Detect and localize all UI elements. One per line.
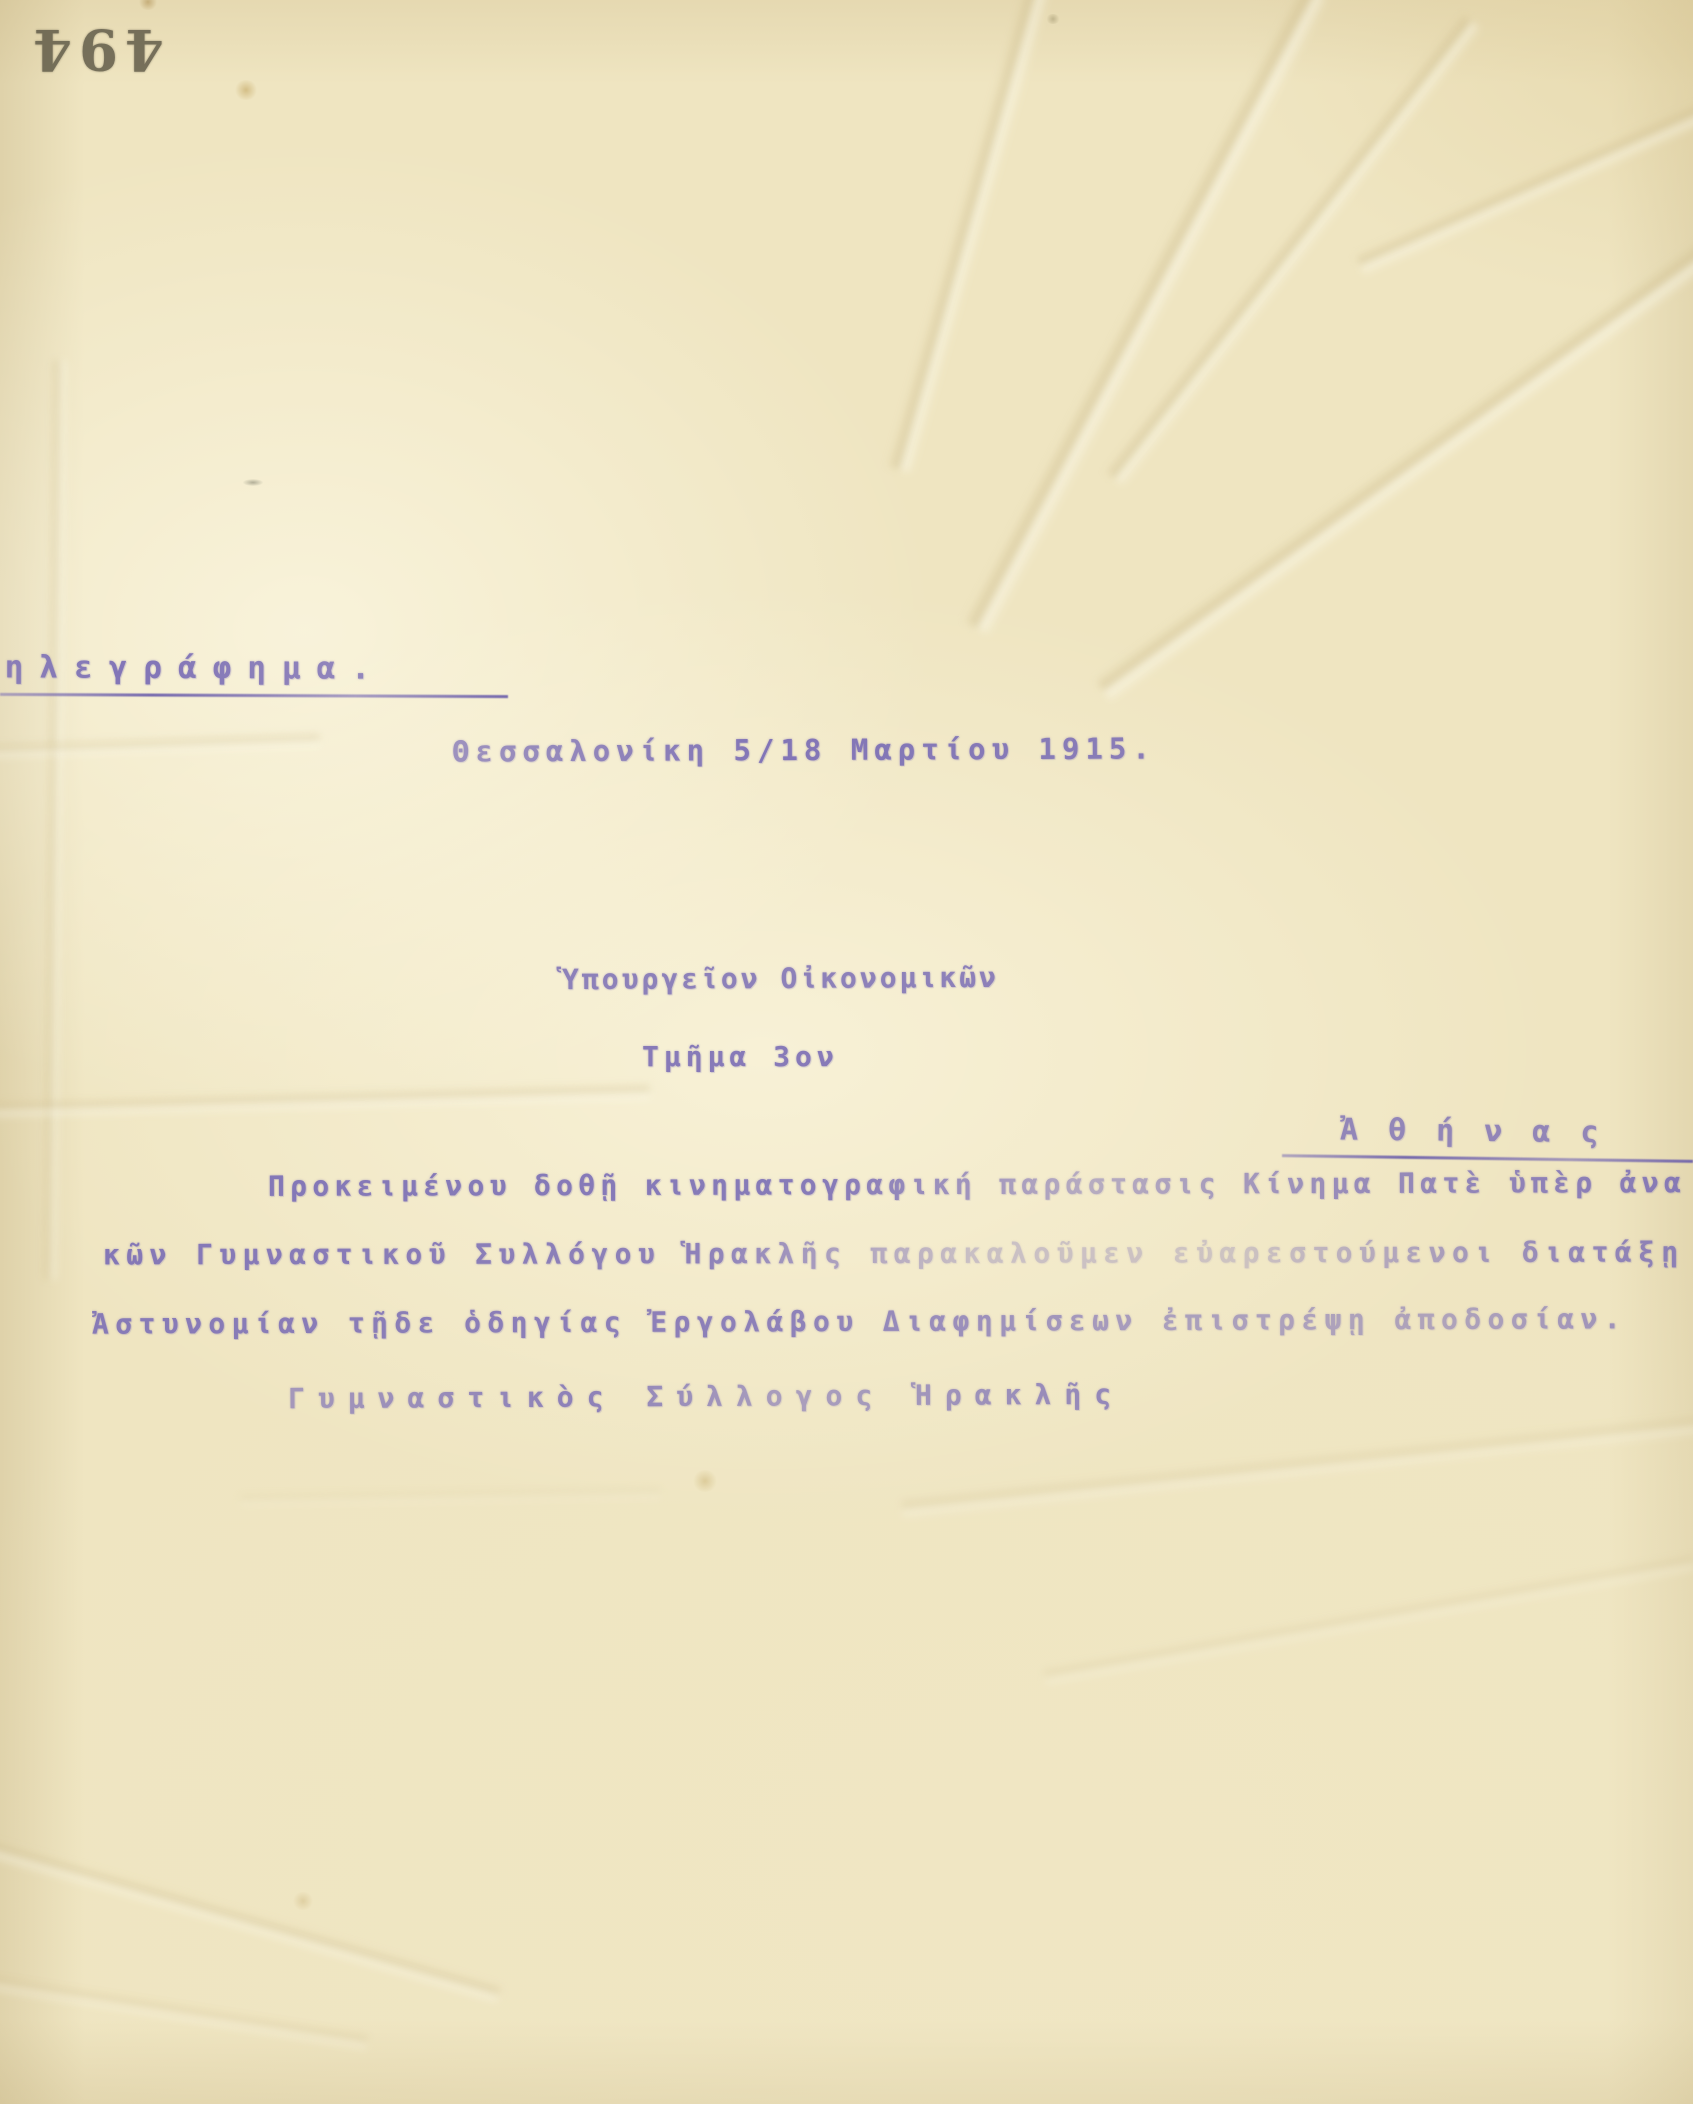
paper-stain xyxy=(692,1470,718,1492)
recipient-ministry: Ὑπουργεῖον Οἰκονομικῶν xyxy=(562,961,999,996)
destination-underline xyxy=(1282,1154,1693,1163)
telegram-page: 494 Τηλεγράφημα. Θεσσαλονίκη 5/18 Μαρτίο… xyxy=(0,0,1693,2104)
paper-crease xyxy=(0,1825,502,2004)
body-line-3: Ἀστυνομίαν τῇδε ὁδηγίας Ἐργολάβου Διαφημ… xyxy=(92,1302,1627,1340)
body-line-1: Προκειμένου δοθῇ κινηματογραφική παράστα… xyxy=(268,1166,1686,1203)
paper-crease xyxy=(41,360,69,1280)
paper-stain xyxy=(234,80,258,100)
telegram-heading: Τηλεγράφημα. xyxy=(0,649,386,686)
dateline: Θεσσαλονίκη 5/18 Μαρτίου 1915. xyxy=(452,731,1156,768)
body-line-2: κῶν Γυμναστικοῦ Συλλόγου Ἡρακλῆς παρακαλ… xyxy=(103,1236,1685,1272)
destination-city: Ἀθήνας xyxy=(1340,1112,1629,1150)
paper-crease xyxy=(0,1966,369,2051)
page-number-stamp: 494 xyxy=(26,16,164,82)
signature-line: Γυμναστικὸς Σύλλογος Ἡρακλῆς xyxy=(288,1378,1124,1415)
recipient-department: Τμῆμα 3ον xyxy=(642,1040,839,1073)
paper-crease xyxy=(901,1412,1693,1520)
paper-stain xyxy=(243,479,263,486)
paper-crease xyxy=(1043,1553,1693,1687)
paper-crease xyxy=(886,0,1062,473)
paper-crease xyxy=(0,1083,650,1119)
heading-underline xyxy=(0,693,508,698)
paper-stain xyxy=(292,1892,314,1910)
paper-crease xyxy=(240,1486,660,1507)
paper-stain xyxy=(138,0,158,10)
paper-crease xyxy=(1094,197,1693,703)
paper-stain xyxy=(1046,14,1060,24)
